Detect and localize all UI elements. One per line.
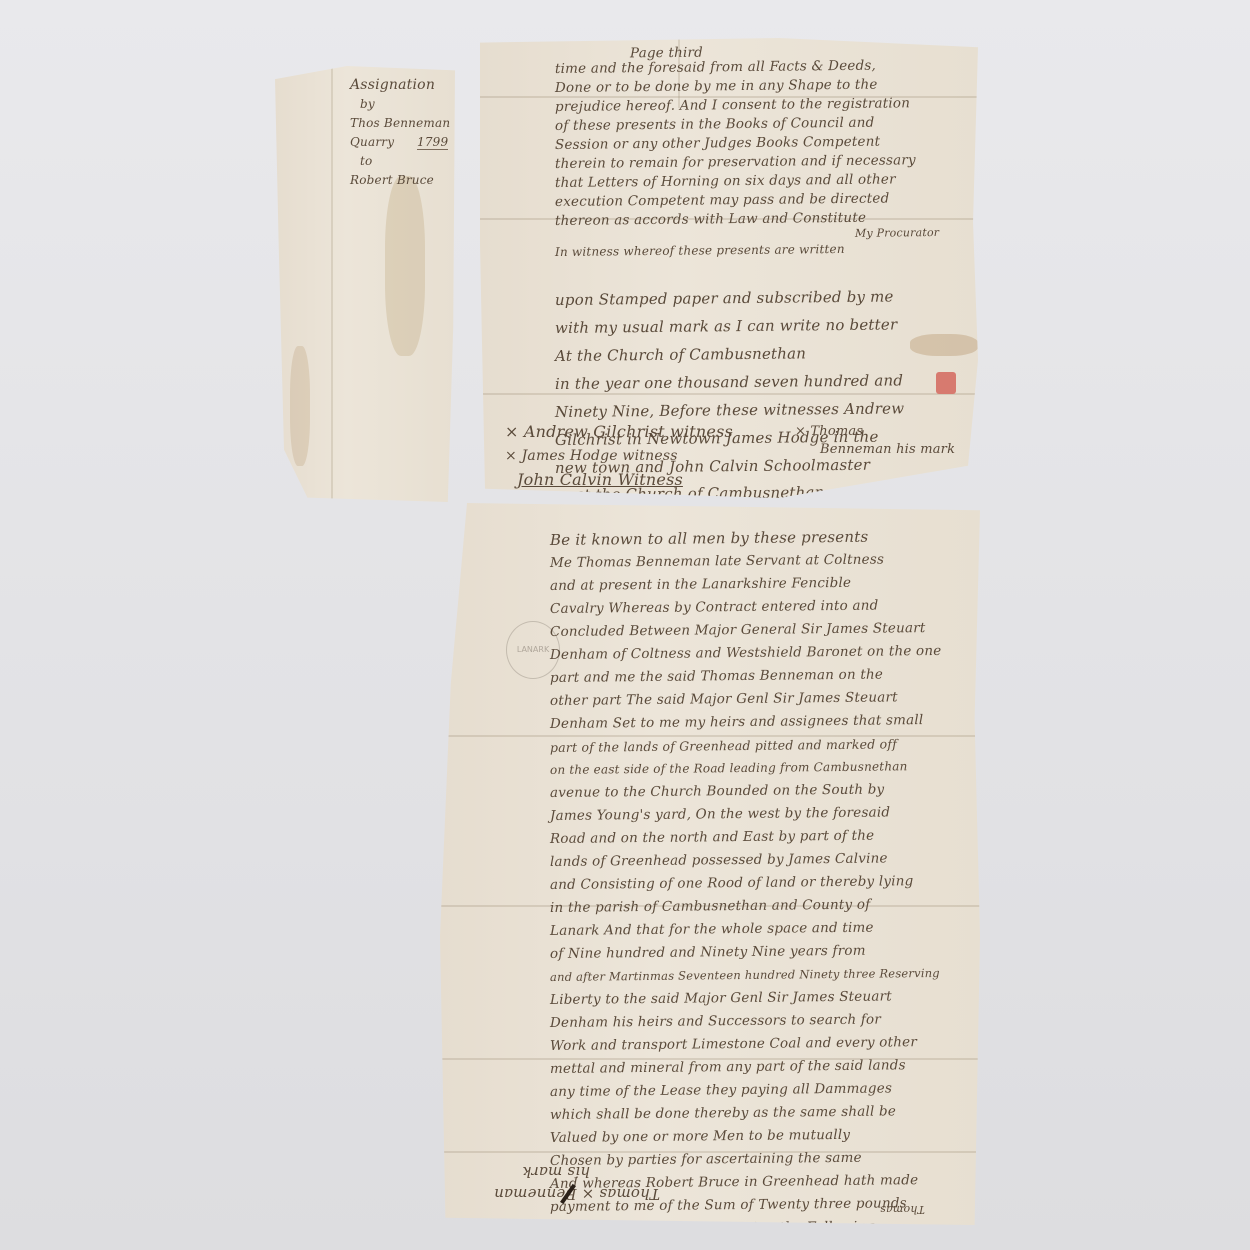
text-line: upon Stamped paper and subscribed by me — [555, 282, 905, 314]
water-stain — [385, 176, 425, 356]
witness-signatures: × Andrew Gilchrist witness × James Hodge… — [505, 420, 733, 492]
text-line: in the year one thousand seven hundred a… — [555, 366, 905, 398]
text-line: with my usual mark as I can write no bet… — [555, 310, 905, 342]
endorsement: Thomas — [880, 1203, 925, 1216]
docket-year: 1799 — [417, 135, 448, 150]
docket-line: Robert Bruce — [350, 171, 450, 190]
water-stain — [290, 346, 310, 466]
lower-document-paper: LANARK Be it known to all men by these p… — [440, 503, 980, 1225]
upper-document-paper: Page third time and the foresaid from al… — [480, 38, 978, 498]
water-stain — [910, 334, 978, 356]
lower-text-block: Be it known to all men by these presents… — [550, 529, 941, 1242]
inverted-signature-line: his mark — [494, 1161, 660, 1183]
grantor-line: Benneman his mark — [775, 441, 955, 459]
witness-signature: × James Hodge witness — [505, 444, 733, 468]
text-line: Sterling money for me Granting the Follo… — [550, 1215, 942, 1242]
grantor-line: × Thomas — [775, 423, 955, 441]
text-line: At the Church of Cambusnethan — [555, 338, 905, 370]
inverted-signature-line: Thomas × Benneman — [494, 1183, 660, 1205]
docket-line: Thos Benneman — [350, 114, 450, 133]
docket-paper: Assignation by Thos Benneman Quarry to R… — [275, 66, 455, 502]
witness-signature: × Andrew Gilchrist witness — [505, 420, 733, 444]
docket-line: Assignation — [350, 76, 450, 95]
grantor-mark: × Thomas Benneman his mark — [775, 423, 955, 459]
docket-line: by — [350, 95, 450, 114]
docket-text: Assignation by Thos Benneman Quarry to R… — [350, 76, 450, 190]
witness-signature: John Calvin Witness — [505, 468, 733, 492]
inverted-signature: Thomas × Benneman his mark — [494, 1161, 660, 1205]
upper-text-block: time and the foresaid from all Facts & D… — [555, 60, 939, 261]
docket-line: to — [350, 152, 450, 171]
wax-seal-fragment — [936, 372, 956, 394]
text-line: In witness whereof these presents are wr… — [555, 239, 939, 261]
fold-line — [331, 66, 333, 502]
